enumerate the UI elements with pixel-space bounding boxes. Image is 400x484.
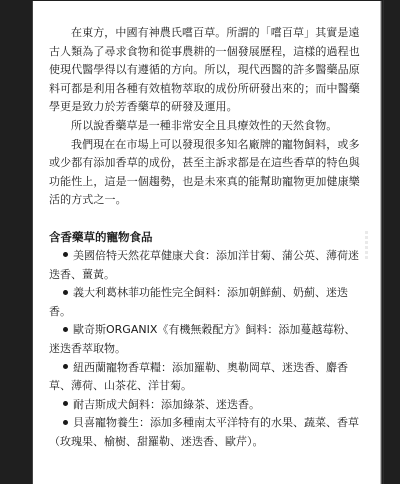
list-item: 貝喜寵物養生：添加多種南太平洋特有的水果、蔬菜、香草（玫瑰果、榆樹、甜羅勒、迷迭… bbox=[49, 414, 365, 451]
list-item: 紐西蘭寵物香草糧：添加羅勒、奧勒岡草、迷迭香、麝香草、薄荷、山茶花、洋甘菊。 bbox=[49, 359, 365, 396]
bullet-icon bbox=[63, 364, 68, 369]
list-item-text: 歐奇斯ORGANIX《有機無穀配方》飼料：添加蔓越莓粉、迷迭香萃取物。 bbox=[49, 323, 355, 355]
list-item-text: 紐西蘭寵物香草糧：添加羅勒、奧勒岡草、迷迭香、麝香草、薄荷、山茶花、洋甘菊。 bbox=[49, 361, 348, 393]
list-item: 耐吉斯成犬飼料：添加綠茶、迷迭香。 bbox=[49, 396, 365, 415]
bullet-icon bbox=[63, 290, 68, 295]
bullet-icon bbox=[63, 327, 68, 332]
paragraph-shennong: 在東方，中國有神農氏嚐百草。所謂的「嚐百草」其實是遠古人類為了尋求食物和從事農耕… bbox=[49, 24, 365, 117]
bullet-icon bbox=[63, 420, 68, 425]
list-item-text: 義大利葛林菲功能性完全飼料：添加朝鮮薊、奶薊、迷迭香。 bbox=[49, 286, 348, 318]
paragraph-market-trend: 我們現在在市場上可以發現很多知名廠牌的寵物飼料，或多或少都有添加香草的成份，甚至… bbox=[49, 136, 365, 210]
list-item: 美國倍特天然花草健康犬食：添加洋甘菊、蒲公英、薄荷迷迭香、薑黃。 bbox=[49, 247, 365, 284]
list-item-text: 貝喜寵物養生：添加多種南太平洋特有的水果、蔬菜、香草（玫瑰果、榆樹、甜羅勒、迷迭… bbox=[49, 416, 359, 448]
list-item-text: 美國倍特天然花草健康犬食：添加洋甘菊、蒲公英、薄荷迷迭香、薑黃。 bbox=[49, 249, 359, 281]
list-item: 歐奇斯ORGANIX《有機無穀配方》飼料：添加蔓越莓粉、迷迭香萃取物。 bbox=[49, 321, 365, 358]
document-viewer: 在東方，中國有神農氏嚐百草。所謂的「嚐百草」其實是遠古人類為了尋求食物和從事農耕… bbox=[0, 0, 400, 484]
page-content: 在東方，中國有神農氏嚐百草。所謂的「嚐百草」其實是遠古人類為了尋求食物和從事農耕… bbox=[49, 24, 365, 451]
list-item: 義大利葛林菲功能性完全飼料：添加朝鮮薊、奶薊、迷迭香。 bbox=[49, 284, 365, 321]
spacer bbox=[49, 210, 365, 228]
section-heading: 含香藥草的寵物食品 bbox=[49, 228, 365, 247]
bullet-icon bbox=[63, 401, 68, 406]
document-page[interactable]: 在東方，中國有神農氏嚐百草。所謂的「嚐百草」其實是遠古人類為了尋求食物和從事農耕… bbox=[32, 1, 380, 484]
viewer-edge-divider bbox=[383, 0, 384, 484]
faint-watermark bbox=[365, 231, 368, 261]
bullet-icon bbox=[63, 252, 68, 257]
paragraph-safe-herbs: 所以說香藥草是一種非常安全且具療效性的天然食物。 bbox=[49, 117, 365, 136]
list-item-text: 耐吉斯成犬飼料：添加綠茶、迷迭香。 bbox=[73, 398, 260, 411]
